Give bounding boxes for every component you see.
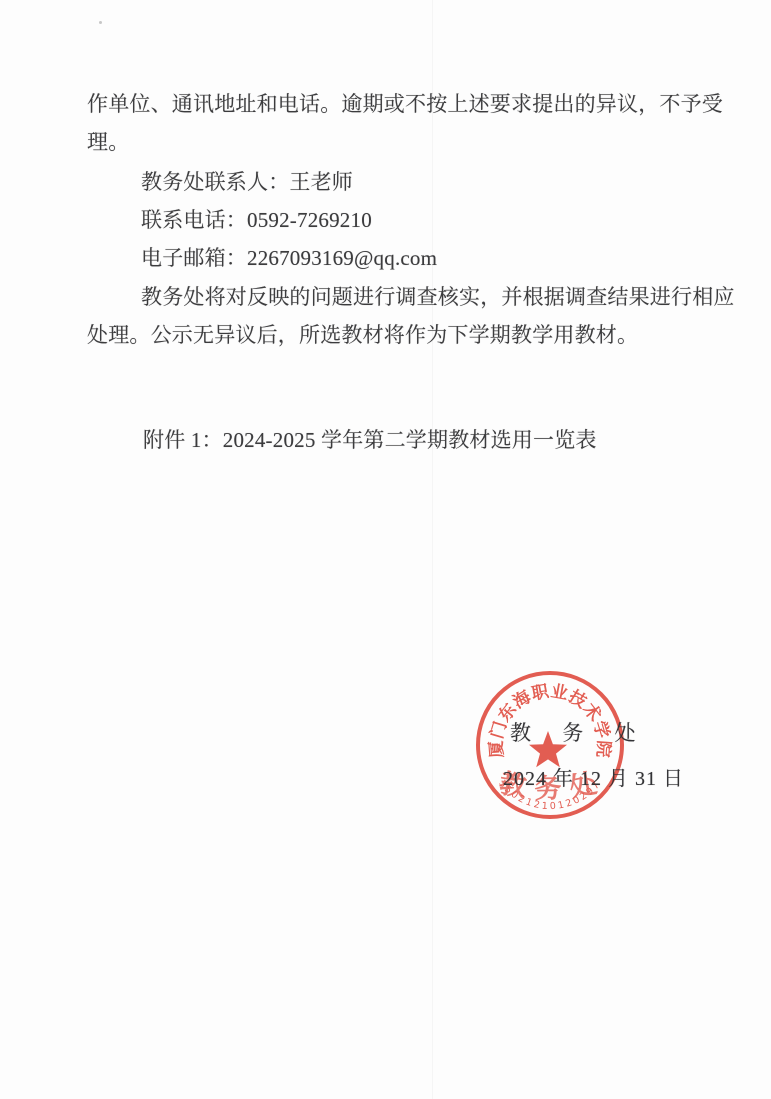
contact-email-line: 电子邮箱：2267093169@qq.com bbox=[141, 247, 437, 269]
scan-speck bbox=[99, 21, 102, 24]
contact-person-line: 教务处联系人：王老师 bbox=[141, 171, 353, 193]
attachment-line: 附件 1：2024-2025 学年第二学期教材选用一览表 bbox=[143, 429, 597, 451]
document-page: 作单位、通讯地址和电话。逾期或不按上述要求提出的异议，不予受 理。 教务处联系人… bbox=[0, 0, 771, 1099]
official-seal: 厦门东海职业技术学院 教务处 35021210120297 bbox=[0, 0, 771, 1099]
contact-phone-line: 联系电话：0592-7269210 bbox=[141, 209, 372, 231]
body-line-4: 处理。公示无异议后，所选教材将作为下学期教学用教材。 bbox=[87, 324, 638, 346]
scan-artifact-line bbox=[432, 0, 433, 1099]
body-line-3: 教务处将对反映的问题进行调查核实，并根据调查结果进行相应 bbox=[141, 286, 735, 308]
body-line-2: 理。 bbox=[87, 131, 129, 153]
body-line-1: 作单位、通讯地址和电话。逾期或不按上述要求提出的异议，不予受 bbox=[87, 93, 723, 115]
signature-department: 教 务 处 bbox=[510, 717, 649, 747]
signature-date: 2024 年 12 月 31 日 bbox=[503, 762, 684, 791]
